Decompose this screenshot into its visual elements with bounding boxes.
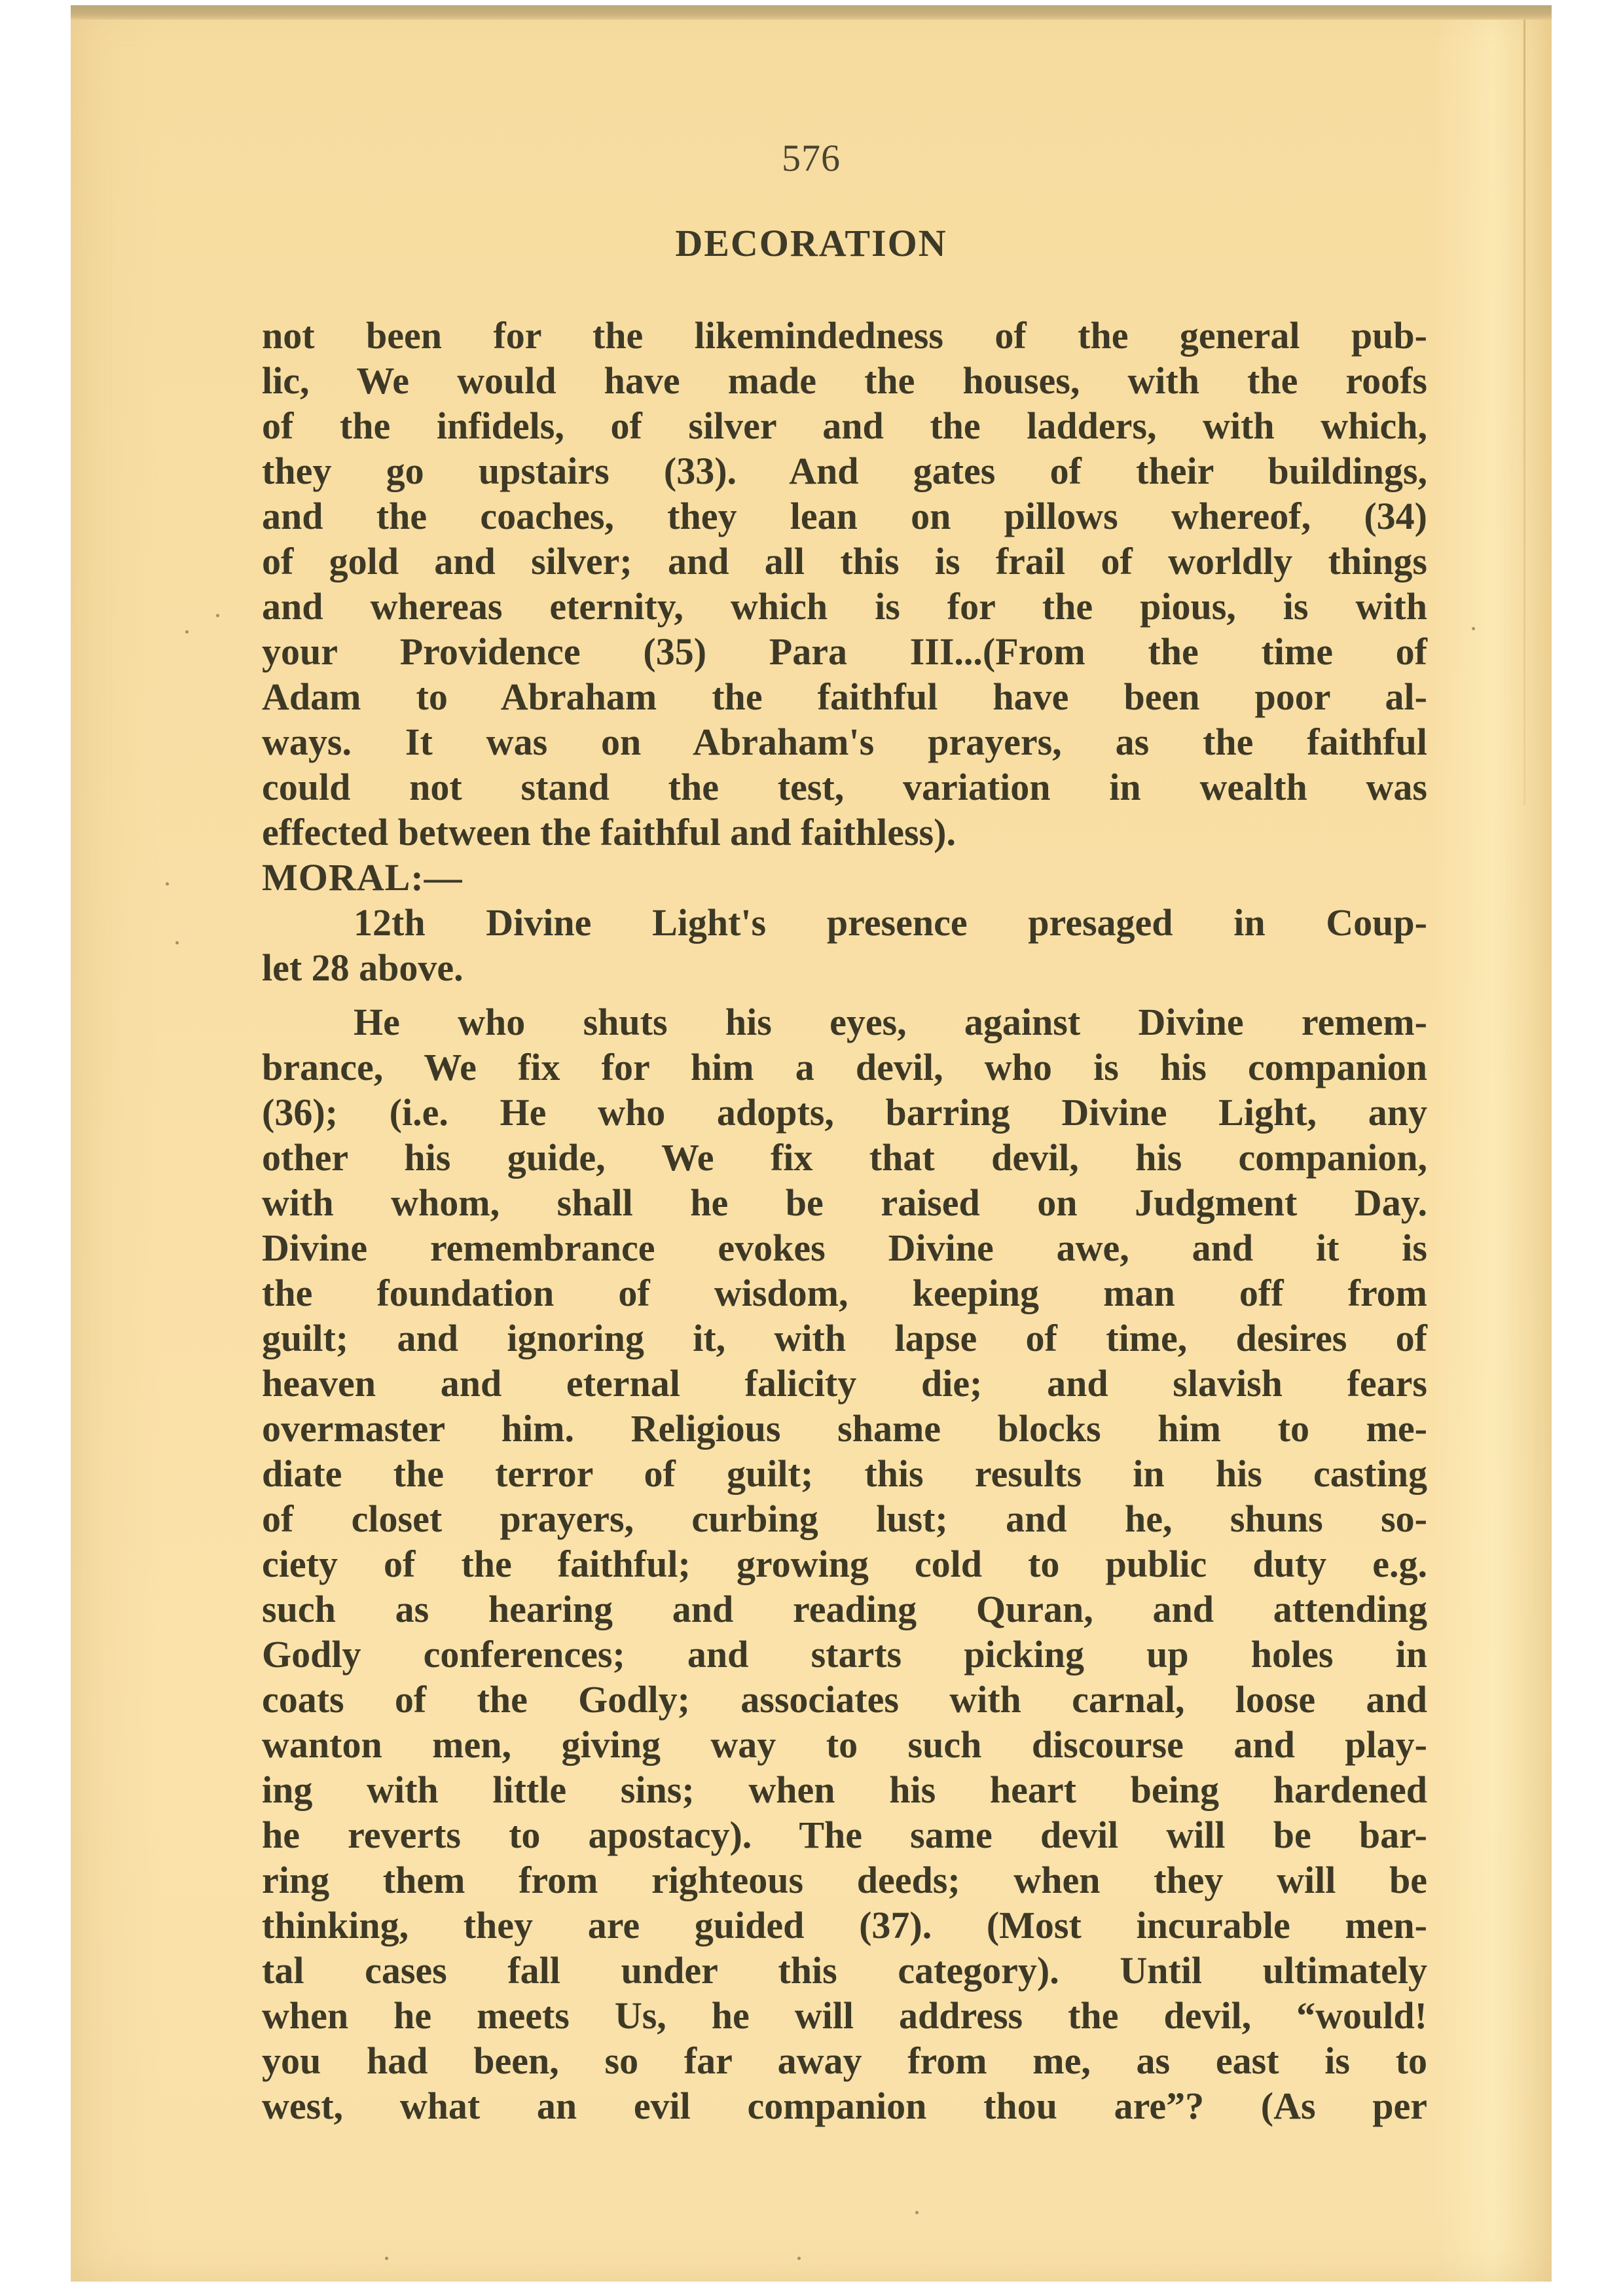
text-line: your Providence (35) Para III...(From th… (262, 629, 1427, 674)
moral-heading: MORAL:— (262, 855, 1427, 900)
text-line: tal cases fall under this category). Unt… (262, 1948, 1427, 1993)
scan-speck (216, 614, 219, 617)
text-line: of gold and silver; and all this is frai… (262, 539, 1427, 584)
text-line: the foundation of wisdom, keeping man of… (262, 1270, 1427, 1316)
text-line: with whom, shall he be raised on Judgmen… (262, 1180, 1427, 1225)
scan-speck (797, 2257, 801, 2260)
text-line: Adam to Abraham the faithful have been p… (262, 674, 1427, 719)
text-line: ways. It was on Abraham's prayers, as th… (262, 719, 1427, 764)
text-line: lic, We would have made the houses, with… (262, 358, 1427, 403)
text-line: of the infidels, of silver and the ladde… (262, 403, 1427, 448)
text-line: thinking, they are guided (37). (Most in… (262, 1903, 1427, 1948)
text-line: west, what an evil companion thou are”? … (262, 2083, 1427, 2128)
paragraph-1: not been for the likemindedness of the g… (262, 313, 1427, 855)
text-line: He who shuts his eyes, against Divine re… (262, 999, 1427, 1045)
text-line: overmaster him. Religious shame blocks h… (262, 1406, 1427, 1451)
text-line: Godly conferences; and starts picking up… (262, 1632, 1427, 1677)
text-line: and whereas eternity, which is for the p… (262, 584, 1427, 629)
text-line: (36); (i.e. He who adopts, barring Divin… (262, 1090, 1427, 1135)
text-line: coats of the Godly; associates with carn… (262, 1677, 1427, 1722)
scan-speck (175, 941, 179, 944)
scan-speck (185, 630, 189, 634)
text-line: when he meets Us, he will address the de… (262, 1993, 1427, 2038)
text-line: diate the terror of guilt; this results … (262, 1451, 1427, 1496)
text-line: guilt; and ignoring it, with lapse of ti… (262, 1316, 1427, 1361)
paragraph-gap (262, 990, 1427, 999)
text-line: 12th Divine Light's presence presaged in… (262, 900, 1427, 945)
text-line: you had been, so far away from me, as ea… (262, 2038, 1427, 2083)
text-line: ciety of the faithful; growing cold to p… (262, 1541, 1427, 1587)
book-page: 576 DECORATION not been for the likemind… (71, 5, 1552, 2282)
text-line: brance, We fix for him a devil, who is h… (262, 1045, 1427, 1090)
page-top-edge (71, 5, 1552, 20)
chapter-title: DECORATION (71, 221, 1552, 265)
scan-speck (166, 882, 169, 886)
text-line: effected between the faithful and faithl… (262, 810, 1427, 855)
page-number: 576 (71, 136, 1552, 180)
text-line: ring them from righteous deeds; when the… (262, 1857, 1427, 1903)
text-line: he reverts to apostacy). The same devil … (262, 1812, 1427, 1857)
scan-speck (385, 2257, 388, 2260)
scan-speck (915, 2211, 919, 2214)
text-line: Divine remembrance evokes Divine awe, an… (262, 1225, 1427, 1270)
text-line: they go upstairs (33). And gates of thei… (262, 448, 1427, 493)
moral-section: MORAL:— 12th Divine Light's presence pre… (262, 855, 1427, 990)
text-line: and the coaches, they lean on pillows wh… (262, 493, 1427, 539)
text-line: ing with little sins; when his heart bei… (262, 1767, 1427, 1812)
text-line: not been for the likemindedness of the g… (262, 313, 1427, 358)
body-text: not been for the likemindedness of the g… (262, 313, 1427, 2128)
text-line: wanton men, giving way to such discourse… (262, 1722, 1427, 1767)
text-line: other his guide, We fix that devil, his … (262, 1135, 1427, 1180)
text-line: could not stand the test, variation in w… (262, 764, 1427, 810)
text-line: of closet prayers, curbing lust; and he,… (262, 1496, 1427, 1541)
scan-speck (1472, 627, 1475, 630)
text-line: such as hearing and reading Quran, and a… (262, 1587, 1427, 1632)
text-line: heaven and eternal falicity die; and sla… (262, 1361, 1427, 1406)
paragraph-2: He who shuts his eyes, against Divine re… (262, 999, 1427, 2128)
text-line: let 28 above. (262, 945, 1427, 990)
